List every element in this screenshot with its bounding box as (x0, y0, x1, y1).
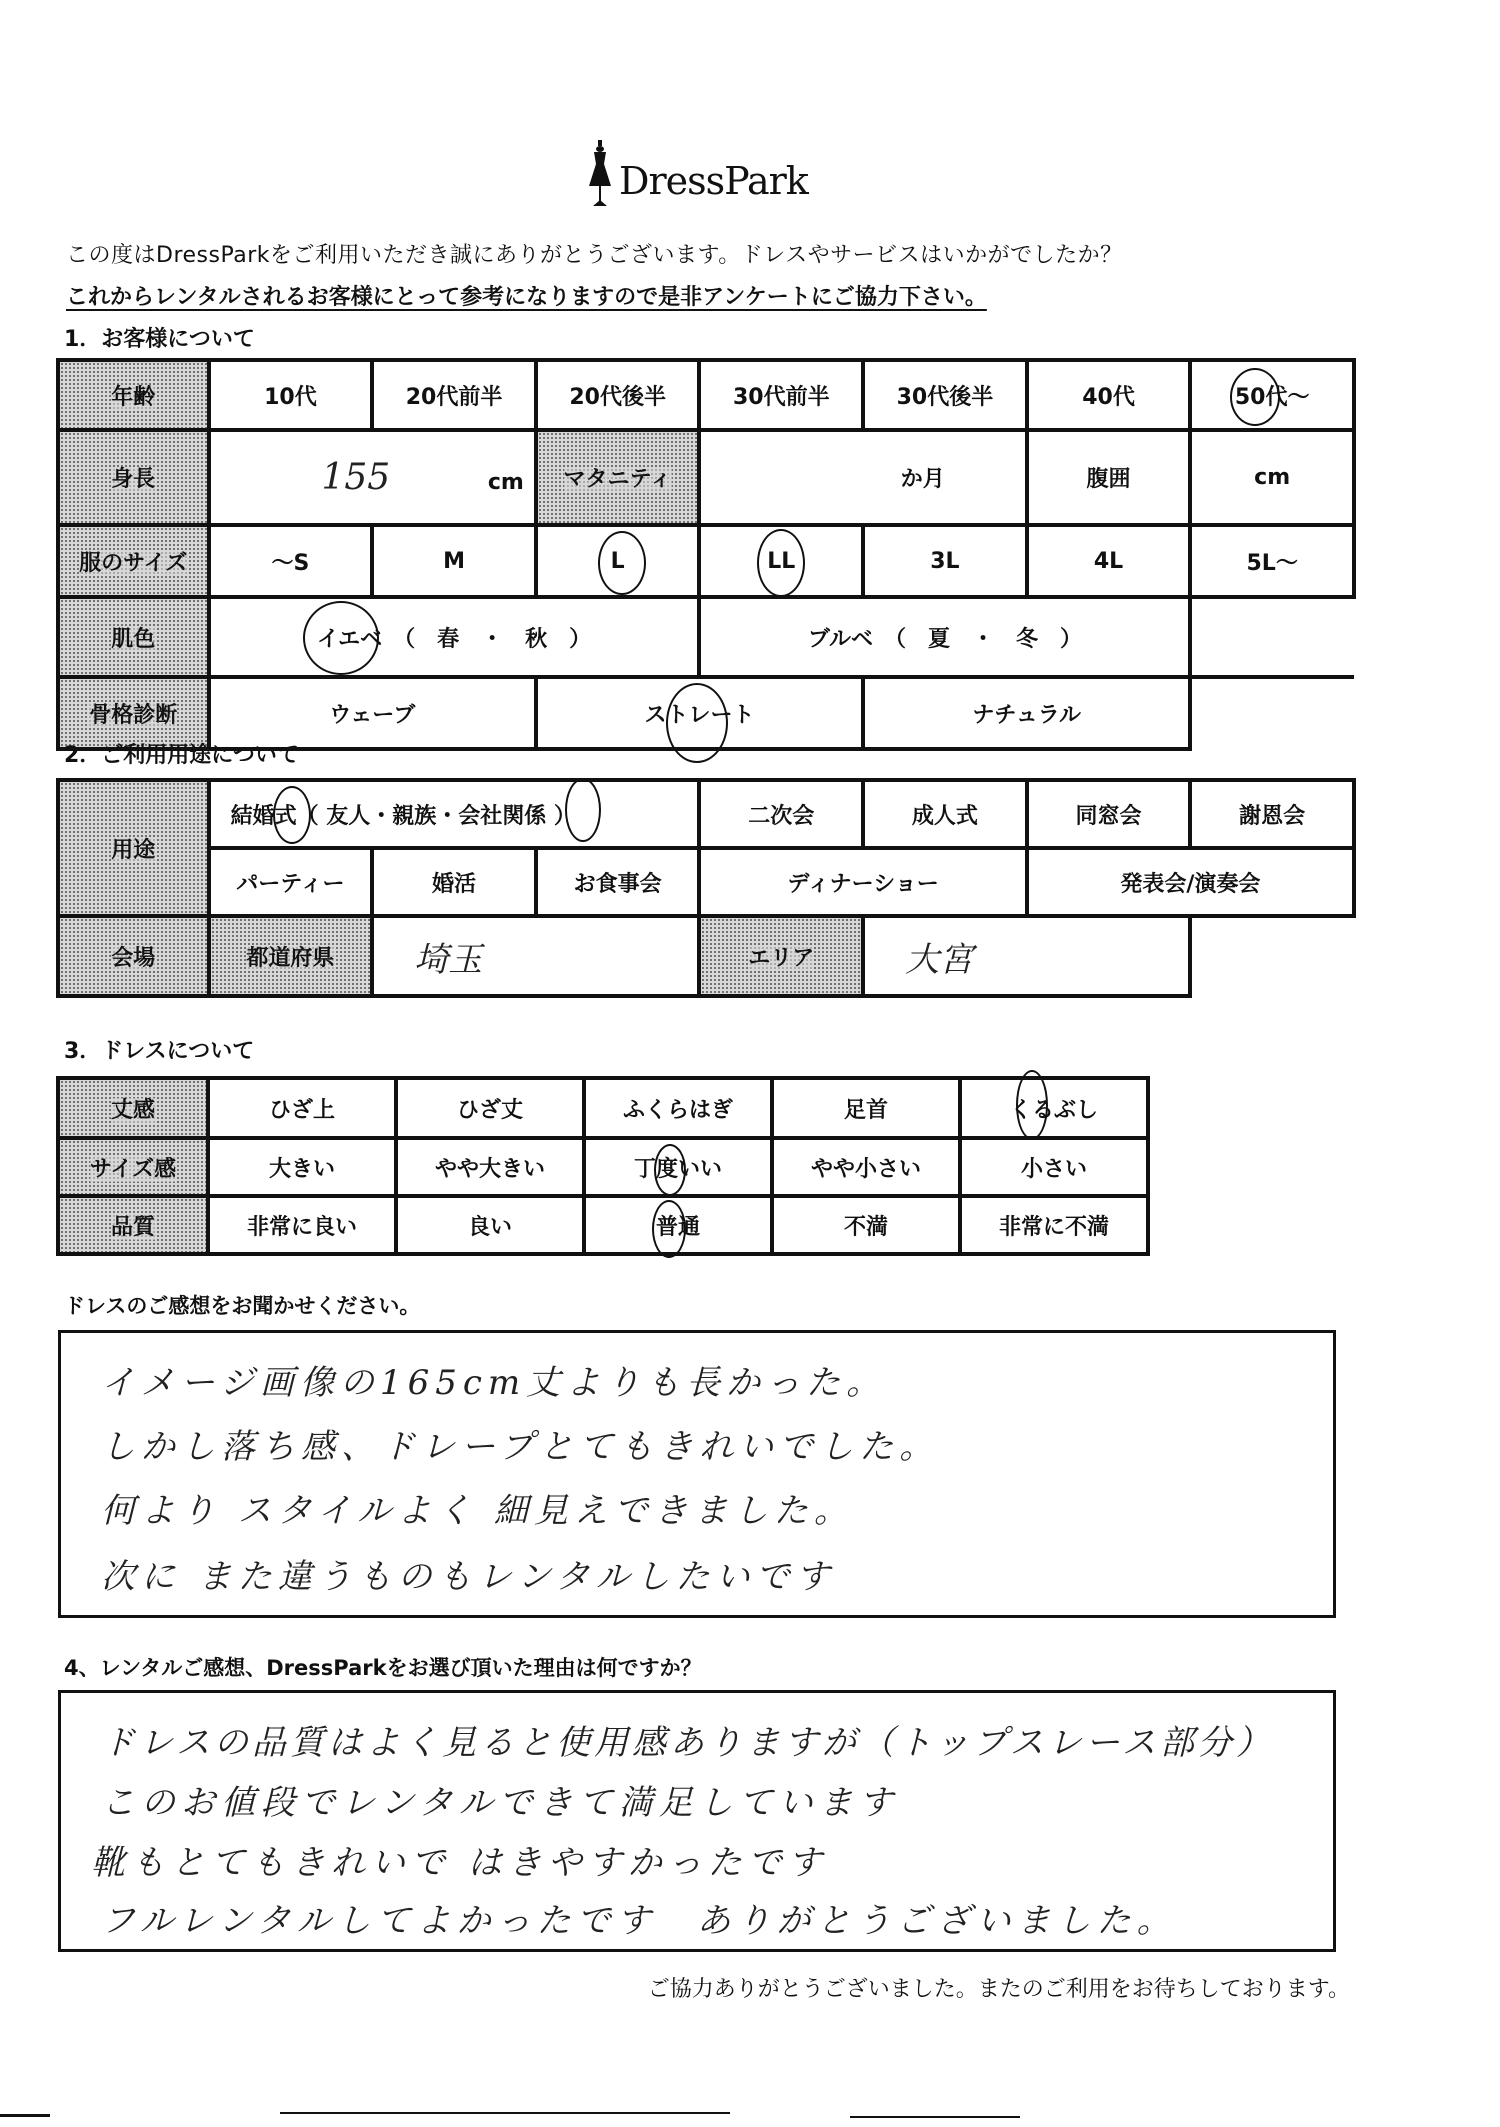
brand-logo: DressPark (585, 140, 808, 210)
purpose-option[interactable]: パーティー (209, 848, 373, 916)
quality-row: 品質 非常に良い 良い 普通 不満 非常に不満 (58, 1196, 1148, 1254)
belly-label: 腹囲 (1027, 430, 1191, 525)
purpose-option[interactable]: 婚活 (372, 848, 536, 916)
fit-row: サイズ感 大きい やや大きい 丁度いい やや小さい 小さい (58, 1138, 1148, 1196)
age-label: 年齢 (58, 360, 209, 430)
quality-option[interactable]: 良い (396, 1196, 584, 1254)
quality-label: 品質 (58, 1196, 208, 1254)
skin-option[interactable]: ブルベ （ 夏 ・ 冬 ） (699, 597, 1190, 677)
height-label: 身長 (58, 430, 209, 525)
size-label: 服のサイズ (58, 525, 209, 597)
age-option[interactable]: 30代後半 (863, 360, 1027, 430)
impressions-line: イメージ画像の165cm丈よりも長かった。 (101, 1355, 886, 1404)
empty-cell (1190, 677, 1354, 749)
impressions-textarea[interactable]: イメージ画像の165cm丈よりも長かった。 しかし落ち感、ドレープとてもきれいで… (58, 1330, 1336, 1618)
frame-option-selected[interactable]: ストレート (536, 677, 863, 749)
purpose-table: 用途 結婚式（ 友人・親族・会社関係 ） 二次会 成人式 同窓会 謝恩会 パーテ… (56, 778, 1356, 998)
fit-label: サイズ感 (58, 1138, 208, 1196)
skin-label: 肌色 (58, 597, 209, 677)
skin-row: 肌色 イエベ （ 春 ・ 秋 ） ブルベ （ 夏 ・ 冬 ） (58, 597, 1354, 677)
scan-artifact (280, 2112, 730, 2114)
size-option-selected[interactable]: LL (699, 525, 863, 597)
reasons-line: 靴もとてもきれいで はきやすかったです (91, 1835, 828, 1884)
intro-text: この度はDressParkをご利用いただき誠にありがとうございます。ドレスやサー… (66, 238, 1123, 269)
purpose-row-2: パーティー 婚活 お食事会 ディナーショー 発表会/演奏会 (58, 848, 1354, 916)
purpose-option[interactable]: 同窓会 (1027, 780, 1191, 848)
age-option[interactable]: 20代後半 (536, 360, 700, 430)
length-label: 丈感 (58, 1078, 208, 1138)
months-unit: か月 (901, 467, 945, 492)
height-row: 身長 155 cm マタニティ か月 腹囲 cm (58, 430, 1354, 525)
purpose-option[interactable]: 二次会 (699, 780, 863, 848)
purpose-option[interactable]: お食事会 (536, 848, 700, 916)
skin-option-selected[interactable]: イエベ （ 春 ・ 秋 ） (209, 597, 700, 677)
quality-option-selected[interactable]: 普通 (584, 1196, 772, 1254)
area-field[interactable]: 大宮 (863, 916, 1190, 996)
prefecture-value: 埼玉 (414, 940, 482, 980)
age-option[interactable]: 40代 (1027, 360, 1191, 430)
fit-option-selected[interactable]: 丁度いい (584, 1138, 772, 1196)
height-unit: cm (488, 470, 524, 495)
purpose-option[interactable]: 成人式 (863, 780, 1027, 848)
reasons-line: このお値段でレンタルできて満足しています (101, 1775, 899, 1824)
impressions-line: 次に また違うものもレンタルしたいです (101, 1549, 836, 1598)
length-row: 丈感 ひざ上 ひざ丈 ふくらはぎ 足首 くるぶし (58, 1078, 1148, 1138)
impressions-line: 何より スタイルよく 細見えできました。 (101, 1483, 854, 1532)
purpose-option[interactable]: 謝恩会 (1190, 780, 1354, 848)
request-text: これからレンタルされるお客様にとって参考になりますので是非アンケートにご協力下さ… (66, 280, 987, 311)
quality-option[interactable]: 非常に良い (208, 1196, 396, 1254)
brand-name: DressPark (619, 162, 808, 210)
reasons-line: フルレンタルしてよかったです ありがとうございました。 (101, 1893, 1177, 1942)
fit-option[interactable]: やや大きい (396, 1138, 584, 1196)
size-option[interactable]: ～S (209, 525, 373, 597)
section4-title: 4、レンタルご感想、DressParkをお選び頂いた理由は何ですか？ (64, 1652, 702, 1682)
scan-artifact (850, 2116, 1020, 2118)
empty-cell (1190, 597, 1354, 677)
section1-title: 1．お客様について (64, 322, 255, 353)
impressions-line: しかし落ち感、ドレープとてもきれいでした。 (101, 1419, 939, 1468)
age-option[interactable]: 30代前半 (699, 360, 863, 430)
size-option[interactable]: 4L (1027, 525, 1191, 597)
venue-label: 会場 (58, 916, 209, 996)
section2-title: 2．ご利用用途について (64, 738, 299, 769)
size-option[interactable]: M (372, 525, 536, 597)
customer-table: 年齢 10代 20代前半 20代後半 30代前半 30代後半 40代 50代～ … (56, 358, 1356, 751)
empty-cell (1190, 916, 1354, 996)
impressions-prompt: ドレスのご感想をお聞かせください。 (64, 1290, 420, 1320)
reasons-textarea[interactable]: ドレスの品質はよく見ると使用感ありますが（トップスレース部分） このお値段でレン… (58, 1690, 1336, 1952)
length-option[interactable]: ふくらはぎ (584, 1078, 772, 1138)
maternity-label: マタニティ (536, 430, 700, 525)
area-label: エリア (699, 916, 863, 996)
length-option-selected[interactable]: くるぶし (960, 1078, 1148, 1138)
length-option[interactable]: 足首 (772, 1078, 960, 1138)
quality-option[interactable]: 非常に不満 (960, 1196, 1148, 1254)
prefecture-label: 都道府県 (209, 916, 373, 996)
venue-row: 会場 都道府県 埼玉 エリア 大宮 (58, 916, 1354, 996)
prefecture-field[interactable]: 埼玉 (372, 916, 699, 996)
purpose-option[interactable]: 発表会/演奏会 (1027, 848, 1354, 916)
reasons-line: ドレスの品質はよく見ると使用感ありますが（トップスレース部分） (101, 1715, 1274, 1764)
dress-table: 丈感 ひざ上 ひざ丈 ふくらはぎ 足首 くるぶし サイズ感 大きい やや大きい … (56, 1076, 1150, 1256)
section3-title: 3．ドレスについて (64, 1034, 254, 1065)
size-option[interactable]: 5L～ (1190, 525, 1354, 597)
footer-thanks: ご協力ありがとうございました。またのご利用をお待ちしております。 (648, 1972, 1350, 2003)
quality-option[interactable]: 不満 (772, 1196, 960, 1254)
size-option[interactable]: 3L (863, 525, 1027, 597)
fit-option[interactable]: 大きい (208, 1138, 396, 1196)
purpose-row-1: 用途 結婚式（ 友人・親族・会社関係 ） 二次会 成人式 同窓会 謝恩会 (58, 780, 1354, 848)
frame-option[interactable]: ナチュラル (863, 677, 1190, 749)
scan-artifact (0, 2114, 50, 2117)
purpose-option[interactable]: ディナーショー (699, 848, 1026, 916)
height-value: 155 (321, 457, 390, 498)
height-field[interactable]: 155 cm (209, 430, 536, 525)
purpose-option-wedding[interactable]: 結婚式（ 友人・親族・会社関係 ） (209, 780, 700, 848)
dress-form-icon (585, 140, 615, 210)
size-option-selected[interactable]: L (536, 525, 700, 597)
fit-option[interactable]: 小さい (960, 1138, 1148, 1196)
age-option[interactable]: 10代 (209, 360, 373, 430)
belly-unit: cm (1254, 465, 1290, 490)
length-option[interactable]: ひざ丈 (396, 1078, 584, 1138)
purpose-label: 用途 (58, 780, 209, 916)
age-option[interactable]: 20代前半 (372, 360, 536, 430)
age-option-selected[interactable]: 50代～ (1190, 360, 1354, 430)
age-row: 年齢 10代 20代前半 20代後半 30代前半 30代後半 40代 50代～ (58, 360, 1354, 430)
belly-field[interactable]: cm (1190, 430, 1354, 525)
length-option[interactable]: ひざ上 (208, 1078, 396, 1138)
size-row: 服のサイズ ～S M L LL 3L 4L 5L～ (58, 525, 1354, 597)
maternity-months-field[interactable]: か月 (699, 430, 1026, 525)
fit-option[interactable]: やや小さい (772, 1138, 960, 1196)
area-value: 大宮 (905, 940, 973, 980)
